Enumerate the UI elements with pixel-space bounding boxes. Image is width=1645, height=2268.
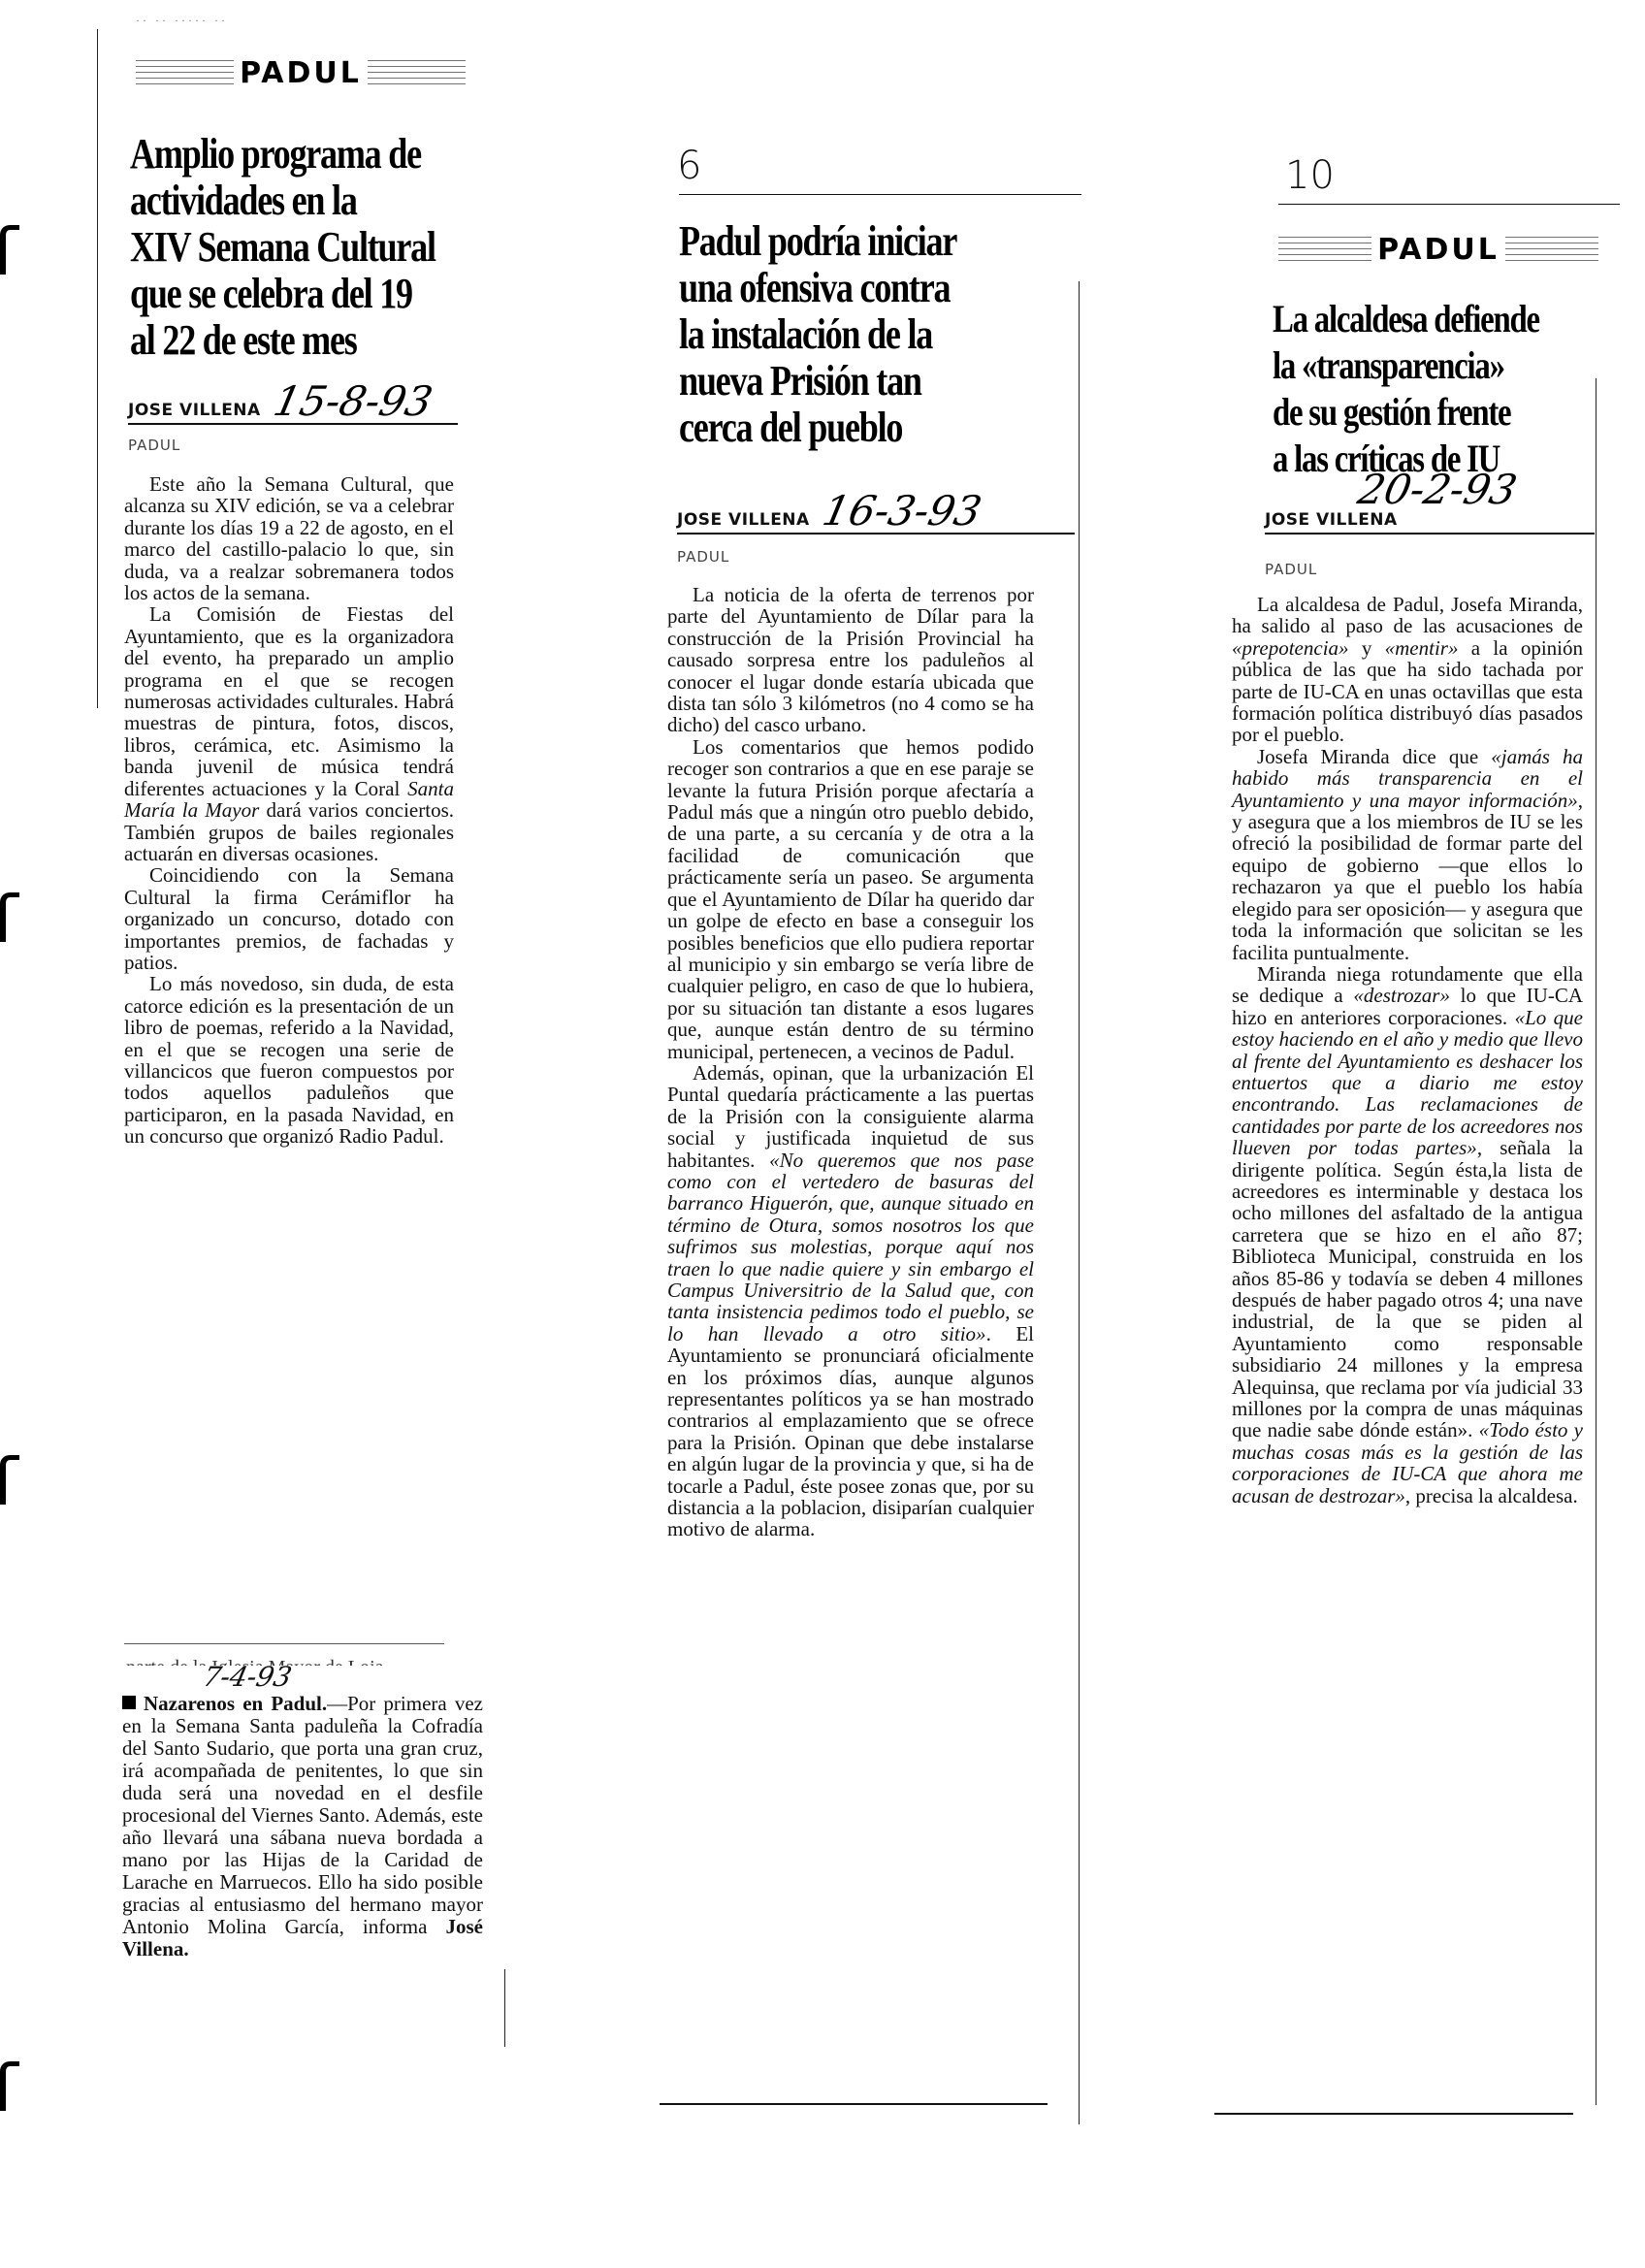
divider <box>124 1643 444 1644</box>
hatch-decoration <box>136 60 234 85</box>
rule <box>660 2103 1048 2105</box>
cut-text: parte de la Iglesia Mayor de Loja. <box>126 1654 504 1666</box>
section-label: PADUL <box>1371 233 1505 267</box>
text-run: , precisa la alcaldesa. <box>1405 1484 1578 1507</box>
author: JOSE VILLENA <box>677 510 810 533</box>
text-run: Josefa Miranda dice que <box>1257 745 1491 768</box>
page-number: 10 <box>1285 153 1335 198</box>
author: JOSE VILLENA <box>128 401 261 423</box>
headline: Padul podría iniciar una ofensiva contra… <box>679 218 1077 451</box>
brief-title: Nazarenos en Padul. <box>144 1692 327 1715</box>
text-run: La Comisión de Fiestas del Ayuntamiento,… <box>124 602 454 799</box>
article-body: Este año la Semana Cultural, que alcanza… <box>124 473 454 1148</box>
author: JOSE VILLENA <box>1265 510 1398 533</box>
paragraph: Lo más novedoso, sin duda, de esta cator… <box>124 973 454 1147</box>
clipping-edge <box>97 29 98 708</box>
italic-text: «prepotencia» <box>1232 636 1349 660</box>
paragraph: Los comentarios que hemos podido recoger… <box>667 736 1034 1062</box>
clipping-edge <box>1596 378 1597 2105</box>
paragraph: Este año la Semana Cultural, que alcanza… <box>124 473 454 603</box>
dateline: PADUL <box>677 548 729 566</box>
brief-body: Nazarenos en Padul.—Por primera vez en l… <box>122 1693 483 1960</box>
paragraph: Coincidiendo con la Semana Cultural la f… <box>124 864 454 973</box>
hatch-decoration <box>1505 237 1598 262</box>
byline: JOSE VILLENA 15-8-93 <box>128 380 458 425</box>
binder-mark <box>0 225 19 275</box>
paragraph: Además, opinan, que la urbanización El P… <box>667 1062 1034 1540</box>
italic-text: «mentir» <box>1385 636 1459 660</box>
section-tag: PADUL <box>136 53 466 92</box>
section-tag: PADUL <box>1278 230 1598 269</box>
clipping-edge <box>1079 281 1080 2124</box>
byline: JOSE VILLENA 16-3-93 <box>677 490 1075 535</box>
article-body: La noticia de la oferta de terrenos por … <box>667 584 1034 1540</box>
italic-text: «destrozar» <box>1353 984 1450 1007</box>
handwritten-date: 16-3-93 <box>819 490 984 533</box>
hatch-decoration <box>368 60 466 85</box>
clipping-edge <box>504 1969 505 2047</box>
text-run: y <box>1349 636 1385 660</box>
binder-mark <box>0 2061 19 2111</box>
article-body: La alcaldesa de Padul, Josefa Miranda, h… <box>1232 594 1583 1507</box>
paragraph: La Comisión de Fiestas del Ayuntamiento,… <box>124 603 454 864</box>
dateline: PADUL <box>1265 561 1317 578</box>
square-bullet-icon <box>122 1696 136 1709</box>
paragraph: Josefa Miranda dice que «jamás ha habido… <box>1232 746 1583 963</box>
handwritten-date: 15-8-93 <box>270 380 435 423</box>
paragraph: Miranda niega rotundamente que ella se d… <box>1232 963 1583 1507</box>
headline: Amplio programa de actividades en la XIV… <box>130 131 496 364</box>
byline: JOSE VILLENA 20-2-93 <box>1265 490 1595 535</box>
faint-scan-text: ·· ·· ····· ·· <box>136 14 228 28</box>
text-run: . El Ayuntamiento se pronunciará oficial… <box>667 1322 1034 1541</box>
text-run: , señala la dirigente política. Según és… <box>1232 1136 1583 1442</box>
binder-mark <box>0 892 19 942</box>
binder-mark <box>0 1455 19 1505</box>
dateline: PADUL <box>128 437 180 454</box>
section-label: PADUL <box>234 56 368 90</box>
handwritten-date: 7-4-93 <box>200 1661 294 1693</box>
paragraph: La alcaldesa de Padul, Josefa Miranda, h… <box>1232 594 1583 746</box>
text-run: , y asegura que a los miembros de IU se … <box>1232 789 1583 964</box>
headline: La alcaldesa defiende la «transparencia»… <box>1273 296 1623 482</box>
hatch-decoration <box>1278 237 1371 262</box>
handwritten-date: 20-2-93 <box>1354 469 1520 511</box>
italic-quote: «No queremos que nos pase como con el ve… <box>667 1149 1034 1345</box>
text-run: La alcaldesa de Padul, Josefa Miranda, h… <box>1232 593 1583 637</box>
rule <box>679 194 1081 195</box>
rule <box>1278 204 1620 205</box>
page-number: 6 <box>677 144 701 188</box>
paragraph: La noticia de la oferta de terrenos por … <box>667 584 1034 736</box>
rule <box>1214 2113 1573 2115</box>
brief-text: —Por primera vez en la Semana Santa padu… <box>122 1692 483 1938</box>
